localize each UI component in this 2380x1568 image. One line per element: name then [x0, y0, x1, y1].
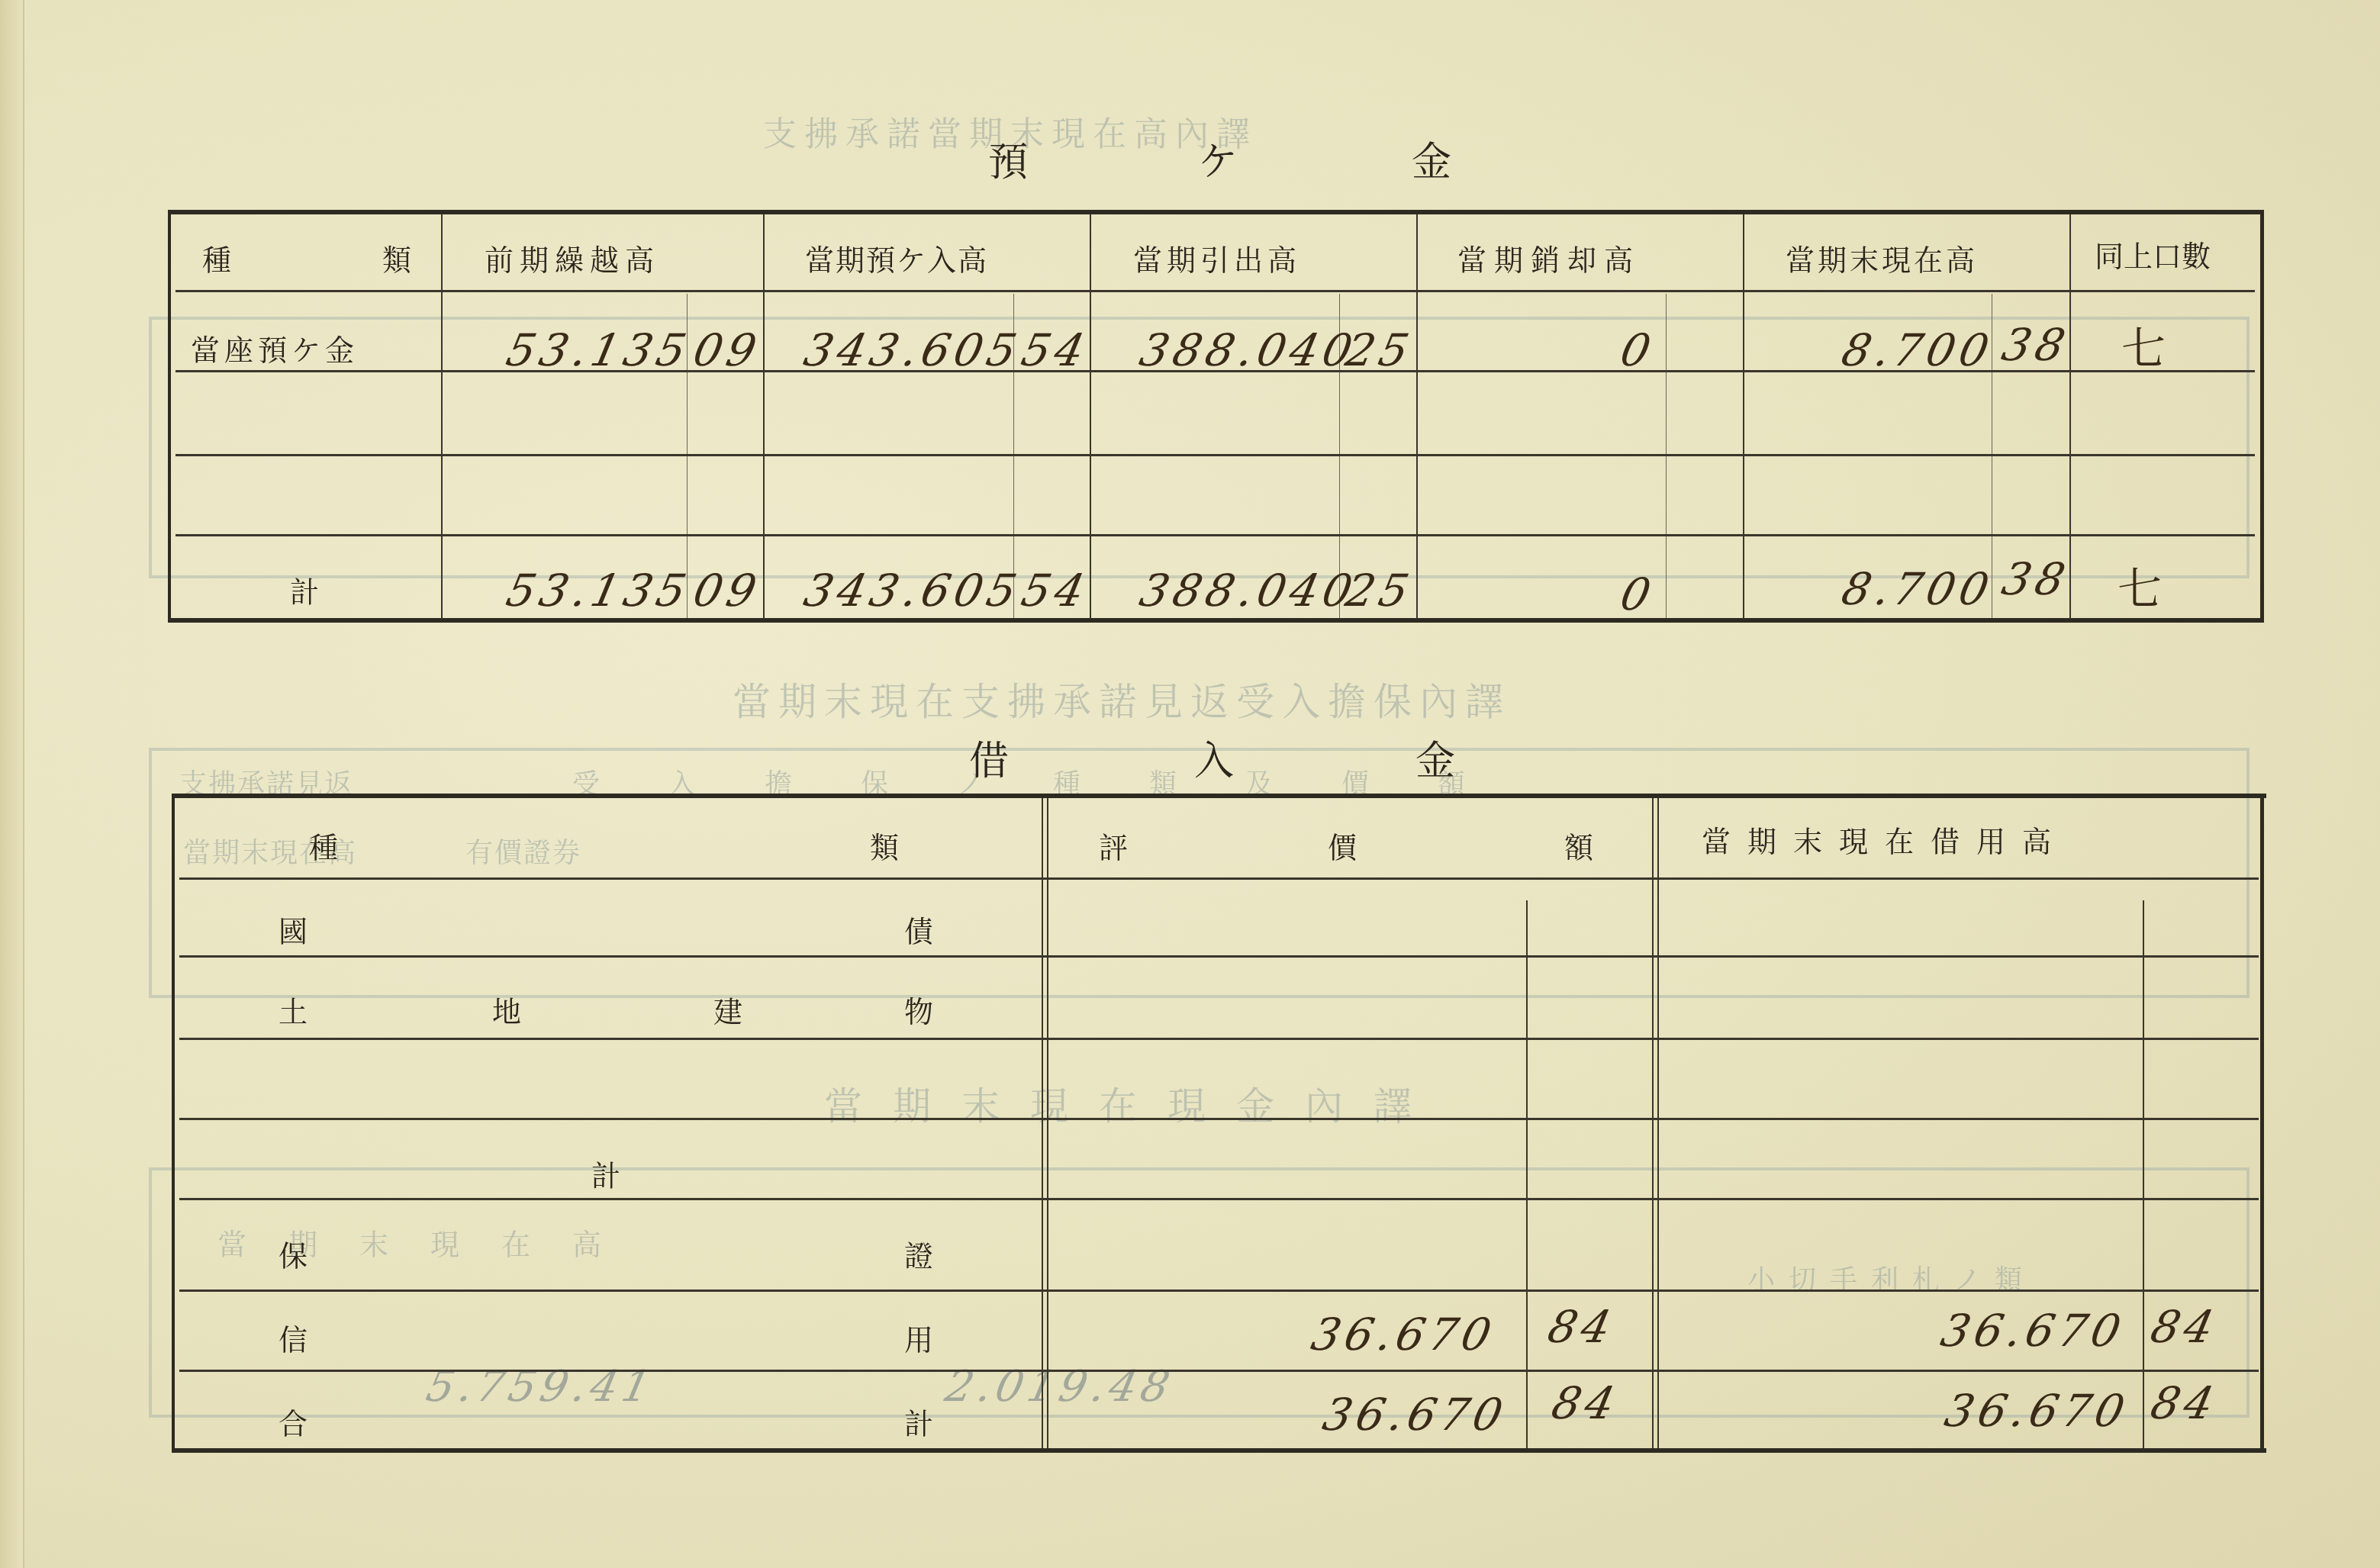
withdrawn-value: 388.040 — [1135, 565, 1361, 617]
valuation-value: 36.670 — [1319, 1389, 1512, 1441]
row-label: 計 — [290, 568, 319, 610]
header-current-balance: 當期末現在高 — [1786, 237, 1978, 279]
balance-value: 8.700 — [1837, 563, 1998, 615]
withdrawn-sen: 25 — [1341, 565, 1418, 617]
header-valuation-3: 額 — [1564, 824, 1593, 866]
valuation-sen: 84 — [1547, 1377, 1624, 1429]
header-written-off: 當期銷却高 — [1457, 237, 1641, 279]
carried-sen: 09 — [689, 324, 765, 376]
borrowed-value: 36.670 — [1937, 1305, 2130, 1357]
deposited-sen: 54 — [1017, 324, 1093, 376]
header-type: 種 — [309, 824, 338, 866]
carried-value: 53.135 — [502, 565, 695, 617]
header-account-count: 同上口數 — [2095, 233, 2211, 275]
header-deposited: 當期預ケ入高 — [805, 237, 988, 279]
valuation-value: 36.670 — [1307, 1309, 1500, 1360]
balance-sen: 38 — [1998, 553, 2074, 605]
deposited-sen: 54 — [1017, 565, 1093, 617]
borrowed-sen: 84 — [2147, 1377, 2223, 1429]
deposited-value: 343.605 — [800, 565, 1026, 617]
row-label: 當座預ケ金 — [191, 327, 359, 369]
count-value: 七 — [2118, 553, 2166, 617]
ghost-label-securities: 有價證券 — [465, 832, 581, 871]
header-type: 種 類 — [202, 237, 472, 279]
carried-value: 53.135 — [502, 324, 695, 376]
borrowed-sen: 84 — [2147, 1301, 2223, 1353]
header-withdrawn: 當期引出高 — [1133, 237, 1301, 279]
header-borrowed-balance: 當期末現在借用高 — [1702, 818, 2068, 860]
deposited-value: 343.605 — [800, 324, 1026, 376]
count-value: 七 — [2121, 313, 2170, 377]
carried-sen: 09 — [689, 565, 765, 617]
page-edge — [0, 0, 24, 1568]
withdrawn-value: 388.040 — [1135, 324, 1361, 376]
header-carried-forward: 前期繰越高 — [485, 237, 660, 279]
valuation-sen: 84 — [1544, 1301, 1620, 1353]
withdrawn-sen: 25 — [1341, 324, 1418, 376]
ghost-heading-cash: 當期末現在現金內譯 — [824, 1076, 1442, 1131]
header-valuation-2: 價 — [1328, 824, 1357, 866]
header-valuation-1: 評 — [1099, 824, 1128, 866]
header-type-2: 類 — [870, 824, 899, 866]
borrowed-value: 36.670 — [1940, 1385, 2134, 1437]
balance-sen: 38 — [1998, 319, 2074, 371]
balance-value: 8.700 — [1837, 324, 1998, 376]
ghost-heading-commitments: 當期末現在支拂承諾見返受入擔保內譯 — [733, 671, 1511, 726]
ghost-label-cheques: 小切手利札ノ類 — [1747, 1259, 2036, 1298]
